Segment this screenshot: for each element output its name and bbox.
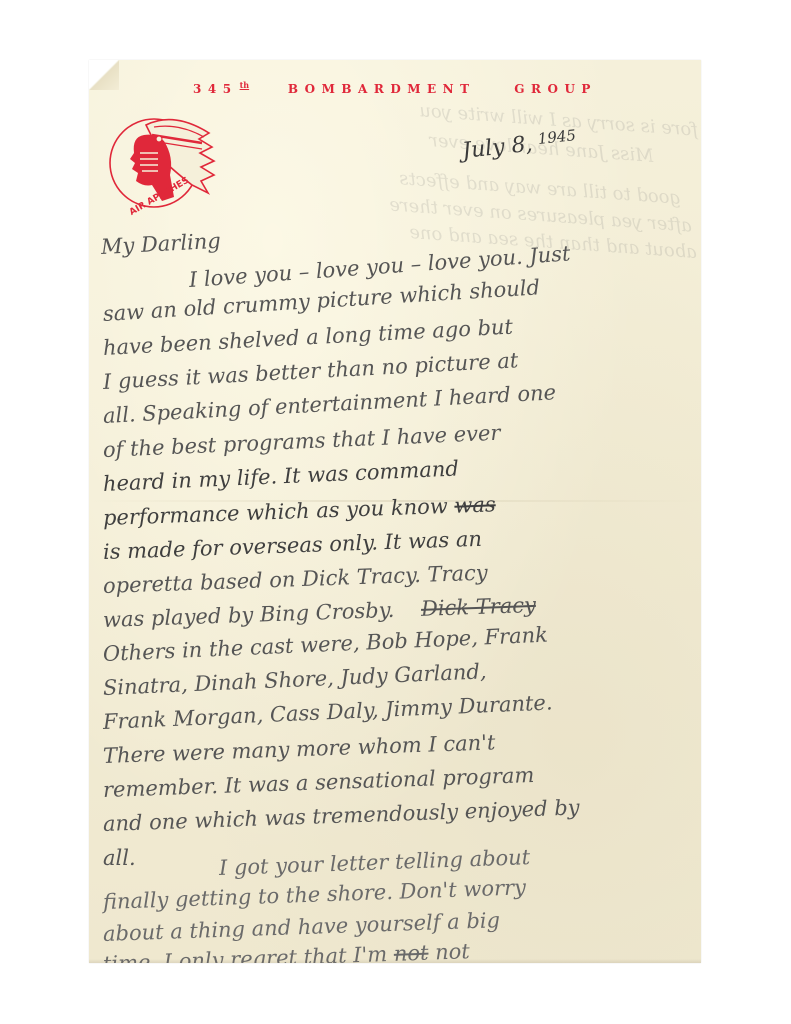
letter-line: heard in my life. It was command — [102, 456, 459, 496]
letter-line: performance which as you know was — [103, 492, 496, 530]
group-label: GROUP — [514, 82, 597, 96]
scan-page: 345th BOMBARDMENT GROUP AIR APACHES fore… — [0, 0, 791, 1024]
date-year: 1945 — [537, 126, 577, 148]
letter-paper: 345th BOMBARDMENT GROUP AIR APACHES fore… — [89, 60, 701, 963]
air-apaches-emblem-icon: AIR APACHES — [104, 105, 224, 225]
letter-line: and one which was tremendously enjoyed b… — [103, 795, 580, 836]
date-month-day: July 8, — [461, 132, 534, 164]
letter-line: finally getting to the shore. Don't worr… — [103, 875, 527, 914]
letter-line: of the best programs that I have ever — [102, 421, 500, 462]
letter-line: remember. It was a sensational program — [103, 763, 535, 802]
letter-line: There were many more whom I can't — [103, 730, 496, 768]
ordinal-suffix: th — [240, 80, 250, 90]
letterhead: 345th BOMBARDMENT GROUP — [89, 80, 701, 96]
unit-name: BOMBARDMENT — [288, 82, 476, 96]
letter-line: operetta based on Dick Tracy. Tracy — [103, 561, 488, 598]
letter-line-text: was played by Bing Crosby. — [103, 598, 395, 632]
group-number: 345th — [193, 82, 249, 96]
struck-word: Dick Tracy — [421, 593, 537, 621]
paper-bottom-edge — [89, 959, 701, 963]
group-number-text: 345 — [193, 82, 238, 96]
letter-line: Sinatra, Dinah Shore, Judy Garland, — [102, 659, 486, 700]
letter-line: I got your letter telling about — [219, 845, 531, 880]
letter-line: all. — [103, 846, 136, 870]
salutation: My Darling — [100, 229, 221, 259]
struck-word: was — [454, 492, 496, 517]
letter-line: is made for overseas only. It was an — [103, 527, 483, 564]
